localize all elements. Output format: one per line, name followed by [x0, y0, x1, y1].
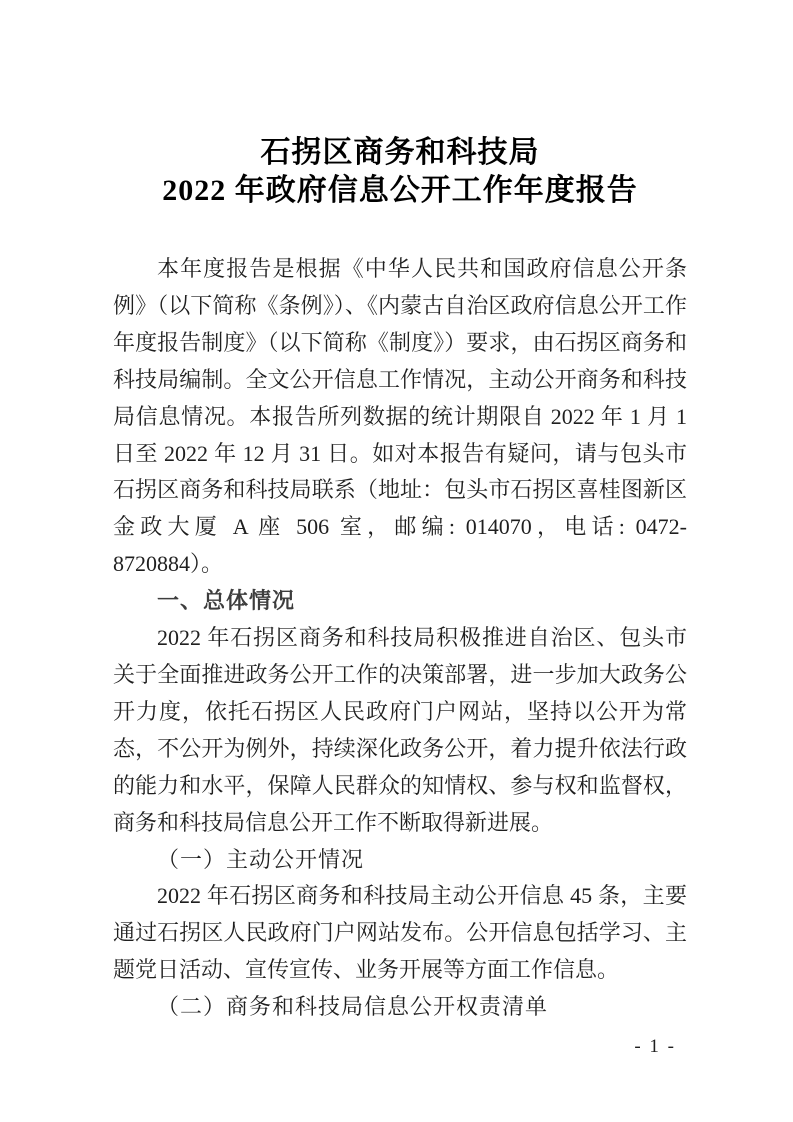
document-title: 石拐区商务和科技局 2022 年政府信息公开工作年度报告 — [113, 134, 687, 210]
section-1-heading: 一、总体情况 — [113, 583, 687, 620]
subsection-2-heading: （二）商务和科技局信息公开权责清单 — [113, 989, 687, 1026]
intro-paragraph: 本年度报告是根据《中华人民共和国政府信息公开条例》（以下简称《条例》）、《内蒙古… — [113, 251, 687, 583]
section-1-paragraph: 2022 年石拐区商务和科技局积极推进自治区、包头市关于全面推进政务公开工作的决… — [113, 620, 687, 841]
document-title-line2: 2022 年政府信息公开工作年度报告 — [113, 172, 687, 210]
page-number: - 1 - — [634, 1036, 676, 1058]
subsection-1-paragraph: 2022 年石拐区商务和科技局主动公开信息 45 条，主要通过石拐区人民政府门户… — [113, 878, 687, 989]
document-page: 石拐区商务和科技局 2022 年政府信息公开工作年度报告 本年度报告是根据《中华… — [0, 0, 793, 1122]
subsection-1-heading: （一）主动公开情况 — [113, 842, 687, 879]
document-title-line1: 石拐区商务和科技局 — [113, 134, 687, 172]
